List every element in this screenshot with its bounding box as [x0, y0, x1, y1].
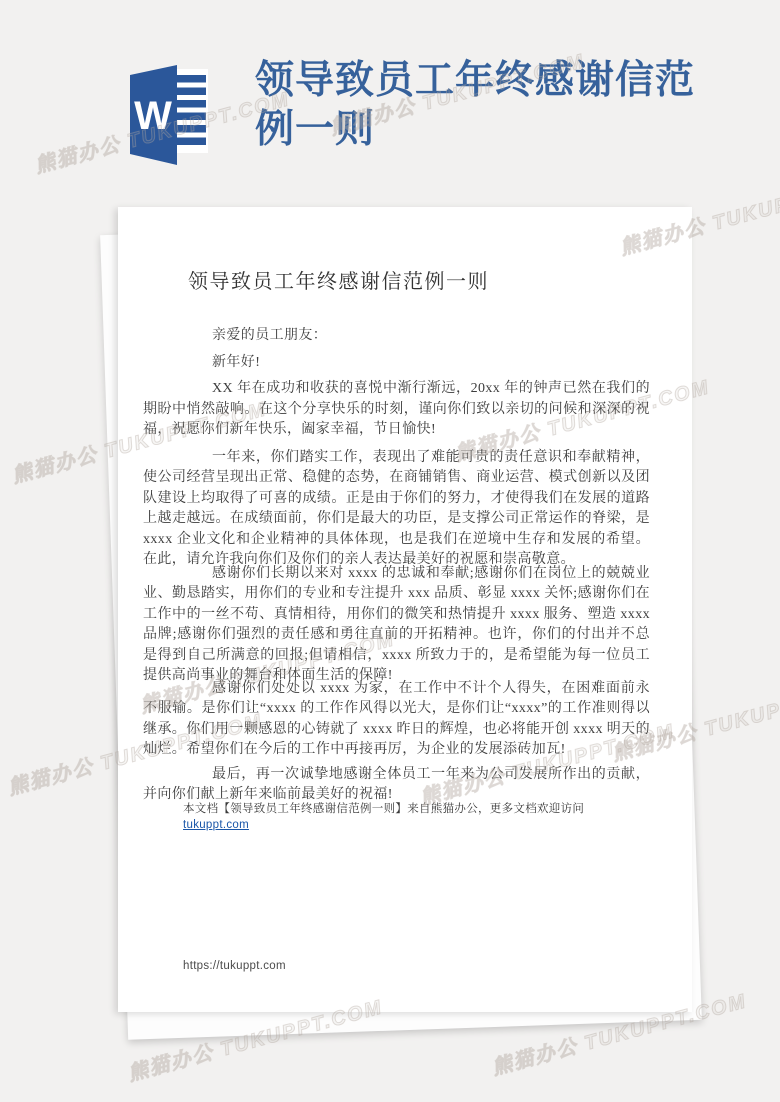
source-note-block: 本文档【领导致员工年终感谢信范例一则】来自熊猫办公，更多文档欢迎访问 tukup… [183, 802, 643, 833]
letter-paragraph: 感谢你们处处以 xxxx 为家，在工作中不计个人得失，在困难面前永不服输。是你们… [143, 679, 650, 761]
word-icon: W [112, 62, 212, 166]
page-title: 领导致员工年终感谢信范例一则 [255, 56, 695, 154]
word-icon-graphic: W [112, 62, 212, 166]
letter-greeting: 新年好! [143, 352, 650, 374]
letter-paragraph: XX 年在成功和收获的喜悦中渐行渐远，20xx 年的钟声已然在我们的期盼中悄然敲… [143, 379, 650, 441]
document-page: 领导致员工年终感谢信范例一则 亲爱的员工朋友： 新年好! XX 年在成功和收获的… [118, 207, 692, 1012]
svg-text:W: W [134, 94, 172, 138]
source-link[interactable]: tukuppt.com [183, 819, 249, 831]
background: W 领导致员工年终感谢信范例一则 领导致员工年终感谢信范例一则 亲爱的员工朋友：… [0, 0, 780, 1102]
letter-paragraph: 一年来，你们踏实工作，表现出了难能可贵的责任意识和奉献精神，使公司经营呈现出正常… [143, 448, 650, 571]
source-note: 本文档【领导致员工年终感谢信范例一则】来自熊猫办公，更多文档欢迎访问 [183, 802, 643, 818]
letter-paragraph: 感谢你们长期以来对 xxxx 的忠诚和奉献;感谢你们在岗位上的兢兢业业、勤恳踏实… [143, 564, 650, 687]
document-heading: 领导致员工年终感谢信范例一则 [188, 265, 489, 294]
footer-url: https://tukuppt.com [183, 960, 286, 972]
letter-paragraph: 最后，再一次诚挚地感谢全体员工一年来为公司发展所作出的贡献，并向你们献上新年来临… [143, 765, 650, 806]
letter-salutation: 亲爱的员工朋友： [143, 325, 650, 347]
letter-body: 亲爱的员工朋友： 新年好! XX 年在成功和收获的喜悦中渐行渐远，20xx 年的… [143, 325, 650, 806]
